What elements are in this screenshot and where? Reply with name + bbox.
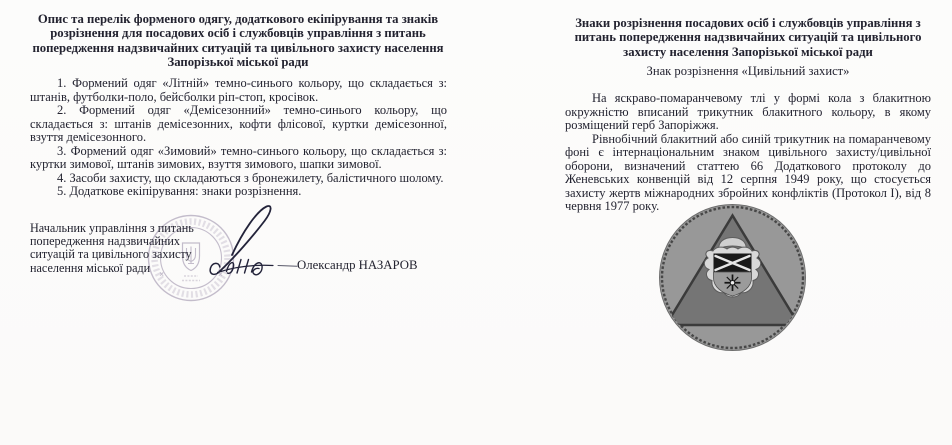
numbered-paragraph: 1. Формений одяг «Літній» темно-синього …: [30, 77, 447, 104]
right-page-subtitle: Знак розрізнення «Цивільний захист»: [567, 64, 929, 79]
right-page-title: Знаки розрізнення посадових осіб і служб…: [567, 16, 929, 59]
paragraph: На яскраво-помаранчевому тлі у формі кол…: [565, 92, 931, 133]
left-page-body: 1. Формений одяг «Літній» темно-синього …: [30, 77, 447, 199]
numbered-paragraph: 3. Формений одяг «Зимовий» темно-синього…: [30, 145, 447, 172]
signature-icon: [198, 198, 310, 286]
signoff-name: Олександр НАЗАРОВ: [297, 258, 418, 273]
signoff-role: Начальник управління з питаньпопередженн…: [30, 222, 220, 275]
left-page-title: Опис та перелік форменого одягу, додатко…: [30, 12, 446, 69]
signoff-role-line: населення міської ради: [30, 262, 220, 275]
civil-protection-badge-icon: [657, 202, 808, 353]
numbered-paragraph: 2. Формений одяг «Демісезонний» темно-си…: [30, 104, 447, 145]
right-page-body: На яскраво-помаранчевому тлі у формі кол…: [565, 92, 931, 214]
lantern-star-icon: [725, 275, 741, 292]
scanned-document: Опис та перелік форменого одягу, додатко…: [0, 0, 952, 445]
signoff-role-line: ситуацій та цивільного захисту: [30, 248, 220, 261]
numbered-paragraph: 4. Засоби захисту, що складаються з брон…: [30, 172, 447, 186]
numbered-paragraph: 5. Додаткове екіпірування: знаки розрізн…: [30, 185, 447, 199]
